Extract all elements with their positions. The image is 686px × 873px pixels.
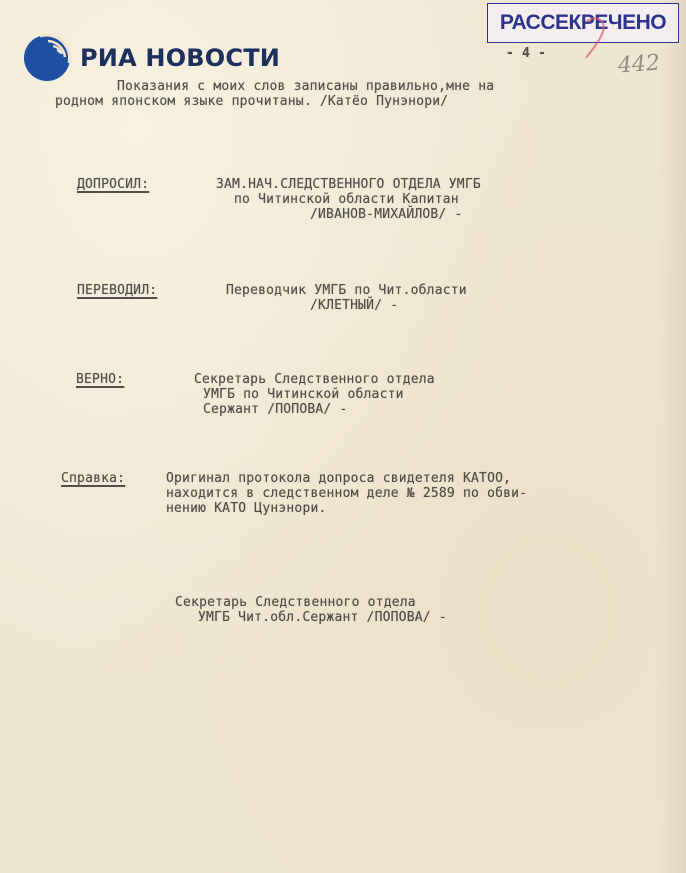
globe-logo-icon — [22, 33, 72, 83]
interrogated-line-2: по Читинской области Капитан — [234, 193, 459, 206]
certified-line-3: Сержант /ПОПОВА/ - — [203, 403, 347, 416]
certified-line-2: УМГБ по Читинской области — [203, 388, 404, 401]
certified-label: ВЕРНО: — [76, 373, 124, 386]
interrogated-line-3: /ИВАНОВ-МИХАЙЛОВ/ - — [310, 208, 463, 221]
note-line-2: находится в следственном деле № 2589 по … — [166, 487, 527, 500]
page-number: - 4 - — [506, 47, 546, 60]
intro-line-1: Показания с моих слов записаны правильно… — [117, 80, 494, 93]
intro-line-2: родном японском языке прочитаны. /Катёо … — [55, 95, 448, 108]
archive-page-number: 442 — [617, 51, 661, 79]
red-pencil-mark-icon — [580, 12, 614, 60]
note-label: Справка: — [61, 472, 125, 485]
signature-line-1: Секретарь Следственного отдела — [175, 596, 416, 609]
translated-label: ПЕРЕВОДИЛ: — [77, 284, 157, 297]
note-line-1: Оригинал протокола допроса свидетеля КАТ… — [166, 472, 511, 485]
logo-text: РИА НОВОСТИ — [80, 44, 280, 72]
translated-line-1: Переводчик УМГБ по Чит.области — [226, 284, 467, 297]
interrogated-line-1: ЗАМ.НАЧ.СЛЕДСТВЕННОГО ОТДЕЛА УМГБ — [216, 178, 481, 191]
note-line-3: нению КАТО Цунэнори. — [166, 502, 327, 515]
interrogated-label: ДОПРОСИЛ: — [77, 178, 149, 191]
certified-line-1: Секретарь Следственного отдела — [194, 373, 435, 386]
ria-novosti-logo: РИА НОВОСТИ — [22, 33, 280, 83]
signature-line-2: УМГБ Чит.обл.Сержант /ПОПОВА/ - — [198, 611, 447, 624]
translated-line-2: /КЛЕТНЫЙ/ - — [310, 299, 398, 312]
